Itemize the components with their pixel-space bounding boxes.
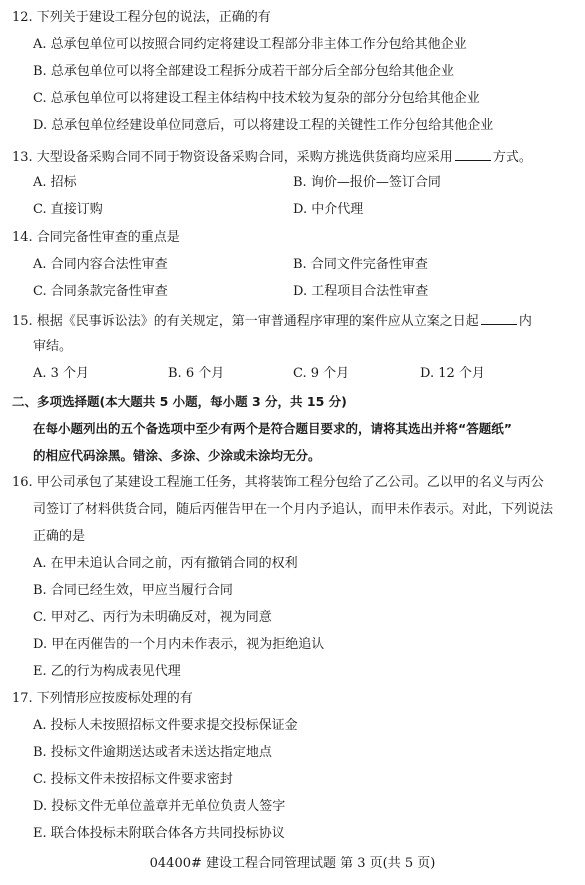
- question-17-option-e: E. 联合体投标未附联合体各方共同投标协议: [33, 826, 285, 842]
- question-13-option-c: C. 直接订购: [33, 202, 103, 218]
- question-15-option-b: B. 6 个月: [168, 366, 224, 382]
- question-17-option-d: D. 投标文件无单位盖章并无单位负责人签字: [33, 799, 285, 815]
- question-13-option-b: B. 询价—报价—签订合同: [293, 175, 441, 191]
- section-heading: 二、多项选择题(本大题共 5 小题，每小题 3 分，共 15 分): [12, 394, 347, 410]
- question-12-stem: 12. 下列关于建设工程分包的说法，正确的有: [12, 10, 271, 26]
- question-17-option-b: B. 投标文件逾期送达或者未送达指定地点: [33, 745, 272, 761]
- question-14-option-a: A. 合同内容合法性审查: [33, 257, 168, 273]
- question-15-option-a: A. 3 个月: [33, 366, 89, 382]
- question-15-option-d: D. 12 个月: [420, 366, 485, 382]
- question-16-option-e: E. 乙的行为构成表见代理: [33, 664, 181, 680]
- question-17-stem: 17. 下列情形应按废标处理的有: [12, 691, 193, 707]
- question-12-option-b: B. 总承包单位可以将全部建设工程拆分成若干部分后全部分包给其他企业: [33, 64, 454, 80]
- question-13-option-d: D. 中介代理: [293, 202, 363, 218]
- question-15-stem-after: 内: [519, 314, 532, 329]
- question-12-option-d: D. 总承包单位经建设单位同意后，可以将建设工程的关键性工作分包给其他企业: [33, 118, 493, 134]
- question-14-stem: 14. 合同完备性审查的重点是: [12, 230, 180, 246]
- question-15-stem: 15. 根据《民事诉讼法》的有关规定，第一审普通程序审理的案件应从立案之日起内: [12, 312, 532, 330]
- question-16-stem-line1: 16. 甲公司承包了某建设工程施工任务，其将装饰工程分包给了乙公司。乙以甲的名义…: [12, 475, 544, 491]
- section-instruction-line2: 的相应代码涂黑。错涂、多涂、少涂或未涂均无分。: [33, 448, 321, 464]
- question-15-option-c: C. 9 个月: [293, 366, 349, 382]
- question-16-stem-line3: 正确的是: [33, 529, 85, 545]
- question-16-option-a: A. 在甲未追认合同之前，丙有撤销合同的权利: [33, 556, 298, 572]
- question-16-option-b: B. 合同已经生效，甲应当履行合同: [33, 583, 233, 599]
- question-13-stem-after: 方式。: [493, 150, 532, 165]
- question-14-option-d: D. 工程项目合法性审查: [293, 284, 428, 300]
- question-15-stem-line2: 审结。: [33, 339, 72, 355]
- question-17-option-c: C. 投标文件未按招标文件要求密封: [33, 772, 233, 788]
- answer-blank: [481, 312, 517, 325]
- question-15-stem-before: 15. 根据《民事诉讼法》的有关规定，第一审普通程序审理的案件应从立案之日起: [12, 314, 479, 329]
- answer-blank: [455, 148, 491, 161]
- section-instruction-line1: 在每小题列出的五个备选项中至少有两个是符合题目要求的，请将其选出并将“答题纸”: [33, 421, 512, 437]
- page-footer: 04400# 建设工程合同管理试题 第 3 页(共 5 页): [0, 856, 585, 872]
- question-17-option-a: A. 投标人未按照招标文件要求提交投标保证金: [33, 718, 298, 734]
- question-12-option-a: A. 总承包单位可以按照合同约定将建设工程部分非主体工作分包给其他企业: [33, 37, 467, 53]
- question-16-stem-line2: 司签订了材料供货合同，随后丙催告甲在一个月内予追认，而甲未作表示。对此，下列说法: [33, 502, 553, 518]
- question-12-option-c: C. 总承包单位可以将建设工程主体结构中技术较为复杂的部分分包给其他企业: [33, 91, 480, 107]
- question-16-option-d: D. 甲在丙催告的一个月内未作表示，视为拒绝追认: [33, 637, 324, 653]
- question-13-option-a: A. 招标: [33, 175, 77, 191]
- question-14-option-c: C. 合同条款完备性审查: [33, 284, 168, 300]
- question-13-stem-before: 13. 大型设备采购合同不同于物资设备采购合同，采购方挑选供货商均应采用: [12, 150, 453, 165]
- question-14-option-b: B. 合同文件完备性审查: [293, 257, 428, 273]
- question-13-stem: 13. 大型设备采购合同不同于物资设备采购合同，采购方挑选供货商均应采用方式。: [12, 148, 532, 166]
- question-16-option-c: C. 甲对乙、丙行为未明确反对，视为同意: [33, 610, 272, 626]
